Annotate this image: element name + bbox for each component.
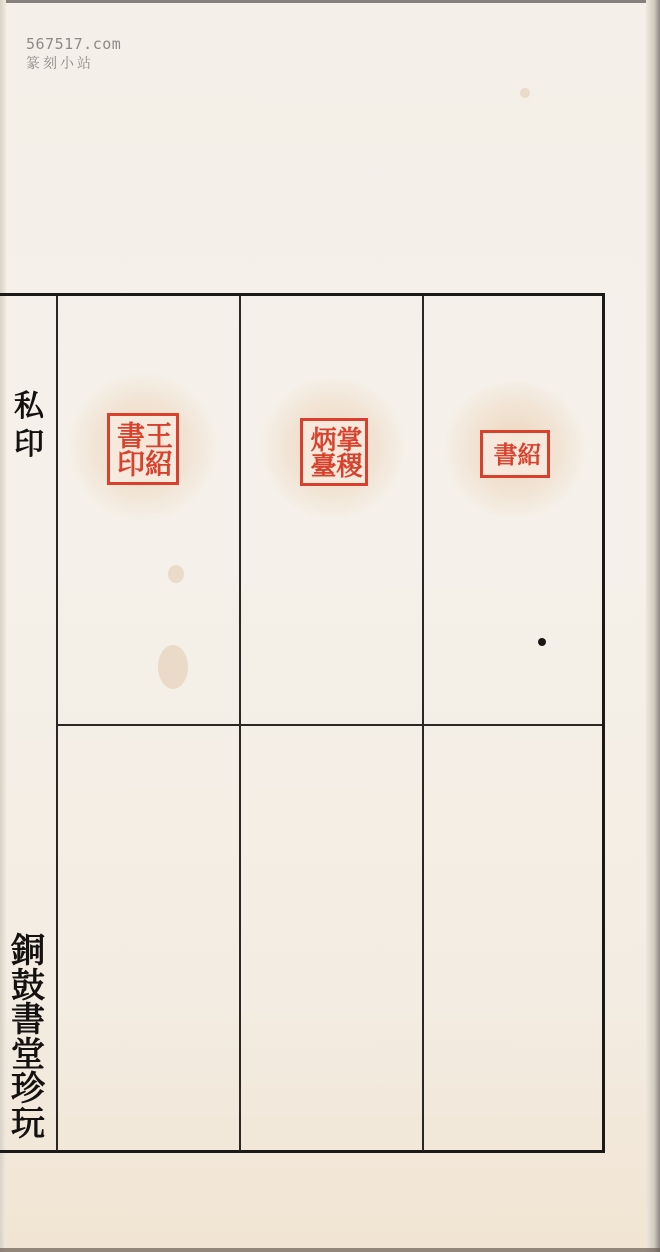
- seal-2-text: 掌稷炳臺: [308, 421, 360, 483]
- seal-3-text: 紹書: [491, 433, 539, 475]
- watermark-site: 567517.com: [26, 34, 121, 54]
- ink-spot: [538, 638, 546, 646]
- watermark: 567517.com 篆刻小站: [26, 34, 121, 74]
- paper-stain: [520, 88, 530, 98]
- paper-stain: [158, 645, 188, 689]
- seal-impression-1: 王紹書印: [107, 413, 179, 485]
- seal-impression-3: 紹書: [480, 430, 550, 478]
- category-label-text: 私印: [14, 388, 44, 464]
- page-bottom-edge: [0, 1248, 660, 1252]
- page-right-edge: [646, 0, 660, 1252]
- paper-stain: [168, 565, 184, 583]
- category-label: 私印: [10, 388, 48, 464]
- page-top-edge: [0, 0, 660, 3]
- collection-title: 銅鼓書堂珍玩: [6, 934, 50, 1141]
- seal-1-text: 王紹書印: [115, 416, 171, 482]
- seal-impression-2: 掌稷炳臺: [300, 418, 368, 486]
- grid-line-middle: [57, 724, 602, 726]
- collection-title-text: 銅鼓書堂珍玩: [11, 934, 45, 1141]
- watermark-subtitle: 篆刻小站: [26, 54, 121, 74]
